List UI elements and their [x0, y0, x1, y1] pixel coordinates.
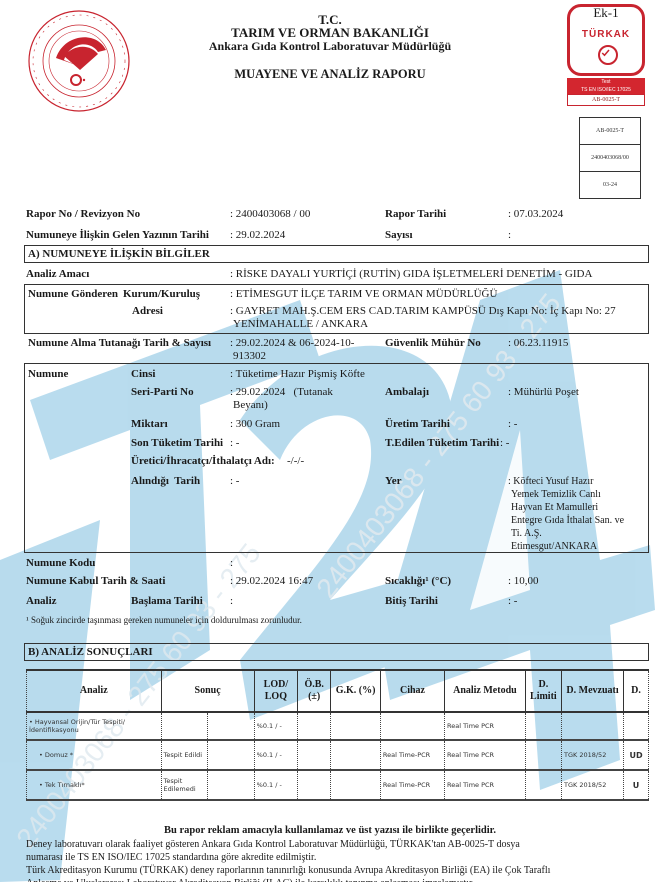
turkak-badge: Ek-1 TÜRKAK	[567, 4, 645, 76]
cell-lod: %0.1 / -	[254, 770, 297, 800]
cell-d: U	[624, 770, 649, 800]
baslama-label: Başlama Tarihi	[131, 595, 203, 607]
report-id-stack: AB-0025-T 2400403068/00 03-24	[579, 117, 641, 199]
cell-ob	[298, 740, 331, 770]
section-b-header: B) ANALİZ SONUÇLARI	[24, 643, 649, 661]
yer-label: Yer	[385, 475, 402, 487]
section-a-title: A) NUMUNEYE İLİŞKİN BİLGİLER	[28, 248, 210, 260]
cell-lod: %0.1 / -	[254, 712, 297, 740]
page-title: MUAYENE VE ANALİZ RAPORU	[0, 67, 660, 82]
t-edilen-label: T.Edilen Tüketim Tarihi	[385, 437, 499, 449]
header-lab: Ankara Gıda Kontrol Laboratuvar Müdürlüğ…	[0, 39, 660, 54]
cell-analiz: • Domuz *	[27, 740, 162, 770]
seri-value-2: Beyanı)	[233, 399, 268, 411]
cell-sonuc: Tespit Edildi	[161, 740, 208, 770]
cell-analiz: • Hayvansal Orijin/Tür Tespiti/İdentifik…	[27, 712, 162, 740]
results-row: • Tek Tırnaklı*Tespit Edilemedi%0.1 / -R…	[27, 770, 649, 800]
col-ob: Ö.B. (±)	[298, 670, 331, 712]
cell-gk	[331, 770, 381, 800]
footer-disclaimer: Bu rapor reklam amacıyla kullanılamaz ve…	[0, 825, 660, 836]
cell-cihaz	[380, 712, 444, 740]
cinsi-value: : Tüketime Hazır Pişmiş Köfte	[230, 368, 365, 380]
col-metod: Analiz Metodu	[445, 670, 526, 712]
bitis-label: Bitiş Tarihi	[385, 595, 438, 607]
footer-line-3: Türk Akreditasyon Kurumu (TÜRKAK) deney …	[26, 865, 550, 876]
cell-mevzuat: TGK 2018/52	[561, 740, 623, 770]
section-a-header: A) NUMUNEYE İLİŞKİN BİLGİLER	[24, 245, 649, 263]
cell-metod: Real Time PCR	[445, 712, 526, 740]
uretim-value: : -	[508, 418, 517, 430]
uretim-label: Üretim Tarihi	[385, 418, 450, 430]
results-header-row: Analiz Sonuç LOD/ LOQ Ö.B. (±) G.K. (%) …	[27, 670, 649, 712]
uretici-value: -/-/-	[287, 455, 304, 467]
cell-limit	[525, 770, 561, 800]
baslama-value: :	[230, 595, 233, 607]
cell-sonuc-extra	[208, 740, 255, 770]
analiz-label: Analiz	[26, 595, 57, 607]
miktar-value: : 300 Gram	[230, 418, 280, 430]
rapor-tarihi-label: Rapor Tarihi	[385, 208, 446, 220]
adres-value-1: : GAYRET MAH.Ş.CEM ERS CAD.TARIM KAMPÜSÜ…	[230, 305, 616, 317]
cell-limit	[525, 740, 561, 770]
stack-date: 03-24	[580, 172, 640, 198]
results-row: • Hayvansal Orijin/Tür Tespiti/İdentifik…	[27, 712, 649, 740]
cell-gk	[331, 712, 381, 740]
tutanak-value-2: 913302	[233, 350, 266, 362]
kurum-label: Kurum/Kuruluş	[123, 288, 200, 300]
muhur-value: : 06.23.11915	[508, 337, 568, 349]
sayisi-value: :	[508, 229, 511, 241]
miktar-label: Miktarı	[131, 418, 168, 430]
cell-cihaz: Real Time-PCR	[380, 770, 444, 800]
kabul-value: : 29.02.2024 16:47	[230, 575, 313, 587]
bitis-value: : -	[508, 595, 517, 607]
cell-lod: %0.1 / -	[254, 740, 297, 770]
cell-analiz: • Tek Tırnaklı*	[27, 770, 162, 800]
yazi-tarihi-value: : 29.02.2024	[230, 229, 285, 241]
cell-limit	[525, 712, 561, 740]
alindigi-label: Alındığı Tarih	[131, 475, 200, 487]
cell-metod: Real Time PCR	[445, 740, 526, 770]
seri-label: Seri-Parti No	[131, 386, 194, 398]
sicaklik-label: Sıcaklığı¹ (°C)	[385, 575, 451, 587]
col-gk: G.K. (%)	[331, 670, 381, 712]
cell-sonuc-extra	[208, 712, 255, 740]
cell-metod: Real Time PCR	[445, 770, 526, 800]
gonderen-label: Numune Gönderen	[28, 288, 118, 300]
ek-label: Ek-1	[570, 5, 642, 21]
section-b-title: B) ANALİZ SONUÇLARI	[28, 646, 153, 658]
accreditation-code: AB-0025-T	[567, 94, 645, 106]
cell-ob	[298, 770, 331, 800]
col-mevzuat: D. Mevzuatı	[561, 670, 623, 712]
col-cihaz: Cihaz	[380, 670, 444, 712]
stack-report-no: 2400403068/00	[580, 145, 640, 172]
tutanak-label: Numune Alma Tutanağı Tarih & Sayısı	[28, 337, 211, 349]
cell-sonuc-extra	[208, 770, 255, 800]
kodu-value: :	[230, 557, 233, 569]
col-d: D.	[624, 670, 649, 712]
col-analiz: Analiz	[27, 670, 162, 712]
cell-mevzuat	[561, 712, 623, 740]
cell-d: UD	[624, 740, 649, 770]
col-lod: LOD/ LOQ	[254, 670, 297, 712]
son-tuketim-value: : -	[230, 437, 239, 449]
cell-mevzuat: TGK 2018/52	[561, 770, 623, 800]
seri-value-1: : 29.02.2024 (Tutanak	[230, 386, 333, 398]
numune-label: Numune	[28, 368, 68, 380]
adres-value-2: YENİMAHALLE / ANKARA	[233, 318, 368, 330]
col-limit: D. Limiti	[525, 670, 561, 712]
footnote: ¹ Soğuk zincirde taşınması gereken numun…	[26, 615, 302, 625]
kodu-label: Numune Kodu	[26, 557, 95, 569]
turkak-logo: TÜRKAK	[570, 29, 642, 40]
cell-sonuc	[161, 712, 208, 740]
footer-line-1: Deney laboratuvarı olarak faaliyet göste…	[26, 839, 520, 850]
cell-gk	[331, 740, 381, 770]
kurum-value: : ETİMESGUT İLÇE TARIM VE ORMAN MÜDÜRLÜĞ…	[230, 288, 497, 300]
yazi-tarihi-label: Numuneye İlişkin Gelen Yazının Tarihi	[26, 229, 209, 241]
footer-line-4: Anlaşma ve Uluslararası Laboratuvar Akre…	[26, 878, 474, 882]
cell-cihaz: Real Time-PCR	[380, 740, 444, 770]
cinsi-label: Cinsi	[131, 368, 155, 380]
results-row: • Domuz *Tespit Edildi%0.1 / -Real Time-…	[27, 740, 649, 770]
uretici-label: Üretici/İhracatçı/İthalatçı Adı:	[131, 455, 275, 467]
cell-sonuc: Tespit Edilemedi	[161, 770, 208, 800]
results-table: Analiz Sonuç LOD/ LOQ Ö.B. (±) G.K. (%) …	[26, 669, 649, 801]
sayisi-label: Sayısı	[385, 229, 413, 241]
adres-label: Adresi	[132, 305, 163, 317]
t-edilen-value: : -	[500, 437, 509, 449]
check-circle-icon	[598, 45, 618, 65]
rapor-tarihi-value: : 07.03.2024	[508, 208, 563, 220]
muhur-label: Güvenlik Mühür No	[385, 337, 481, 349]
footer-line-2: numarası ile TS EN ISO/IEC 17025 standar…	[26, 852, 316, 863]
sicaklik-value: : 10,00	[508, 575, 539, 587]
test-band: Test TS EN ISO/IEC 17025	[567, 78, 645, 94]
rapor-no-label: Rapor No / Revizyon No	[26, 208, 140, 220]
col-sonuc: Sonuç	[161, 670, 254, 712]
tutanak-value-1: : 29.02.2024 & 06-2024-10-	[230, 337, 354, 349]
kabul-label: Numune Kabul Tarih & Saati	[26, 575, 165, 587]
alindigi-value: : -	[230, 475, 239, 487]
ambalaj-value: : Mühürlü Poşet	[508, 386, 579, 398]
son-tuketim-label: Son Tüketim Tarihi	[131, 437, 223, 449]
rapor-no-value: : 2400403068 / 00	[230, 208, 310, 220]
analiz-amaci-value: : RİSKE DAYALI YURTİÇİ (RUTİN) GIDA İŞLE…	[230, 268, 592, 280]
yer-value: : Köfteci Yusuf Hazır Yemek Temizlik Can…	[508, 475, 624, 553]
cell-ob	[298, 712, 331, 740]
analiz-amaci-label: Analiz Amacı	[26, 268, 89, 280]
cell-d	[624, 712, 649, 740]
ambalaj-label: Ambalajı	[385, 386, 429, 398]
stack-code: AB-0025-T	[580, 118, 640, 145]
